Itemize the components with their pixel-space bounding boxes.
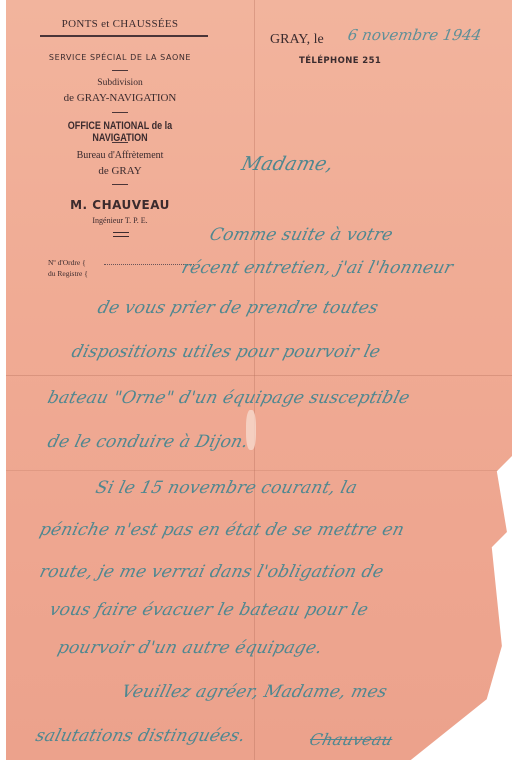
divider	[112, 184, 128, 185]
letter-line: bateau "Orne" d'un équipage susceptible	[46, 388, 412, 408]
letterhead-subdivision-name: de GRAY-NAVIGATION	[30, 92, 210, 104]
letterhead-service: SERVICE SPÉCIAL DE LA SAONE	[30, 53, 210, 62]
divider	[112, 112, 128, 113]
letterhead-double-rule	[40, 35, 208, 38]
letterhead-office: OFFICE NATIONAL de la NAVIGATION	[46, 120, 194, 144]
letter-line: de vous prier de prendre toutes	[96, 298, 381, 318]
divider	[112, 70, 128, 71]
letter-line: Si le 15 novembre courant, la	[94, 478, 360, 498]
letter-line: de le conduire à Dijon.	[46, 432, 251, 452]
letter-line: route, je me verrai dans l'obligation de	[38, 562, 386, 582]
telephone: TÉLÉPHONE 251	[299, 56, 381, 66]
registre-label: du Registre {	[48, 268, 88, 279]
letter-line: dispositions utiles pour pourvoir le	[70, 342, 383, 362]
ordre-label: Nº d'Ordre {	[48, 257, 88, 268]
ordre-dotted-line	[104, 264, 194, 265]
fold-line-horizontal	[6, 375, 512, 376]
closing-line: salutations distinguées.	[34, 726, 248, 746]
engineer-name: M. CHAUVEAU	[30, 198, 210, 212]
letterhead-bureau-name: de GRAY	[30, 165, 210, 177]
divider-bar	[113, 232, 129, 237]
ordre-registre-label: Nº d'Ordre { du Registre {	[48, 257, 88, 279]
divider	[112, 142, 128, 143]
letter-line: péniche n'est pas en état de se mettre e…	[38, 520, 407, 540]
letterhead-subdivision-label: Subdivision	[30, 78, 210, 88]
letterhead-ponts: PONTS et CHAUSSÉES	[30, 18, 210, 30]
letter-line: Comme suite à votre	[208, 225, 396, 245]
letter-line: récent entretien, j'ai l'honneur	[180, 258, 456, 278]
letter-line: vous faire évacuer le bateau pour le	[48, 600, 371, 620]
dateline-place: GRAY, le	[270, 32, 324, 48]
signature: Chauveau	[308, 730, 395, 749]
letterhead-bureau-label: Bureau d'Affrètement	[30, 150, 210, 161]
fold-line-horizontal-2	[6, 470, 512, 471]
paper-tear	[246, 410, 256, 450]
letter-line: pourvoir d'un autre équipage.	[56, 638, 325, 658]
dateline-date: 6 novembre 1944	[346, 26, 482, 44]
engineer-title: Ingénieur T. P. E.	[30, 216, 210, 225]
closing-line: Veuillez agréer, Madame, mes	[120, 682, 390, 702]
salutation: Madame,	[239, 153, 335, 175]
